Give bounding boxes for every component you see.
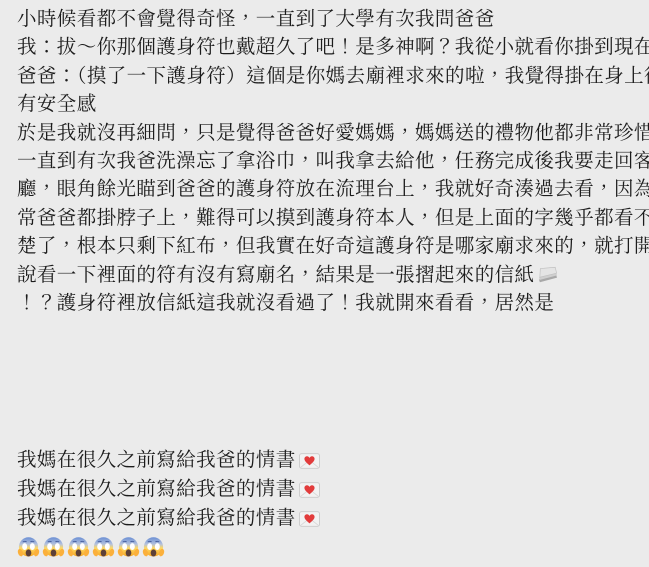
story-line-text: 常爸爸都掛脖子上，難得可以摸到護身符本人，但是上面的字幾乎都看不清: [17, 207, 649, 229]
story-line-text: 楚了，根本只剩下紅布，但我實在好奇這護身符是哪家廟求來的，就打開想: [17, 235, 649, 257]
reveal-line: 我媽在很久之前寫給我爸的情書: [17, 475, 639, 504]
love-letter-emoji: [299, 449, 320, 477]
story-line: 爸爸：（摸了一下護身符）這個是你媽去廟裡求來的啦，我覺得掛在身上很: [17, 62, 639, 90]
story-line: 小時候看都不會覺得奇怪，一直到了大學有次我問爸爸: [17, 5, 639, 33]
story-line-text: 我：拔～你那個護身符也戴超久了吧！是多神啊？我從小就看你掛到現在: [17, 36, 649, 58]
reveal-line: 我媽在很久之前寫給我爸的情書: [17, 504, 639, 533]
story-line-text: ！？護身符裡放信紙這我就沒看過了！我就開來看看，居然是: [17, 292, 554, 314]
scream-emoji: [17, 536, 40, 567]
post-body: 小時候看都不會覺得奇怪，一直到了大學有次我問爸爸 我：拔～你那個護身符也戴超久了…: [0, 0, 649, 563]
story-line: 說看一下裡面的符有沒有寫廟名，結果是一張摺起來的信紙: [17, 261, 639, 289]
story-line-text: 一直到有次我爸洗澡忘了拿浴巾，叫我拿去給他，任務完成後我要走回客: [17, 150, 649, 172]
story-line-text: 小時候看都不會覺得奇怪，一直到了大學有次我問爸爸: [17, 8, 495, 30]
scream-emoji: [67, 536, 90, 567]
scream-emoji: [92, 536, 115, 567]
story-line-text: 廳，眼角餘光瞄到爸爸的護身符放在流理台上，我就好奇湊過去看，因為平: [17, 178, 649, 200]
scream-emoji: [117, 536, 140, 567]
story-line-text: 有安全感: [17, 93, 97, 115]
story-line: ！？護身符裡放信紙這我就沒看過了！我就開來看看，居然是: [17, 289, 639, 317]
love-letter-emoji: [299, 478, 320, 506]
story-line: 我：拔～你那個護身符也戴超久了吧！是多神啊？我從小就看你掛到現在: [17, 33, 639, 61]
reveal-line-text: 我媽在很久之前寫給我爸的情書: [17, 507, 296, 529]
reveal-line-text: 我媽在很久之前寫給我爸的情書: [17, 478, 296, 500]
story-line: 常爸爸都掛脖子上，難得可以摸到護身符本人，但是上面的字幾乎都看不清: [17, 204, 639, 232]
story-line-text: 於是我就沒再細問，只是覺得爸爸好愛媽媽，媽媽送的禮物他都非常珍惜: [17, 122, 649, 144]
story-line-text: 爸爸：（摸了一下護身符）這個是你媽去廟裡求來的啦，我覺得掛在身上很: [17, 65, 649, 87]
story-line: 廳，眼角餘光瞄到爸爸的護身符放在流理台上，我就好奇湊過去看，因為平: [17, 175, 639, 203]
scream-emoji: [142, 536, 165, 567]
story-line: 有安全感: [17, 90, 639, 118]
story-line: 於是我就沒再細問，只是覺得爸爸好愛媽媽，媽媽送的禮物他都非常珍惜: [17, 119, 639, 147]
love-letter-emoji: [299, 507, 320, 535]
story-line: 楚了，根本只剩下紅布，但我實在好奇這護身符是哪家廟求來的，就打開想: [17, 232, 639, 260]
reveal-line: 我媽在很久之前寫給我爸的情書: [17, 446, 639, 475]
story-line: 一直到有次我爸洗澡忘了拿浴巾，叫我拿去給他，任務完成後我要走回客: [17, 147, 639, 175]
story-line-text: 說看一下裡面的符有沒有寫廟名，結果是一張摺起來的信紙: [17, 264, 534, 286]
blank-gap: [17, 317, 639, 446]
reaction-row: [17, 533, 639, 563]
folded-letter-paper-emoji: [537, 264, 559, 292]
scream-emoji: [42, 536, 65, 567]
reveal-line-text: 我媽在很久之前寫給我爸的情書: [17, 449, 296, 471]
